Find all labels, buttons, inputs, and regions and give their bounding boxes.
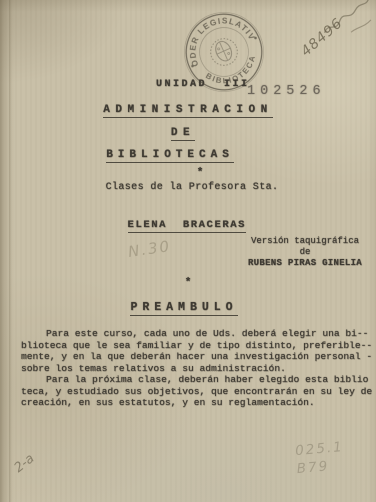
scanned-document-page: PODER LEGISLATIVO BIBLIOTECA 48496 UNIDA…: [0, 0, 376, 502]
professor-name: ELENA BRACERAS: [0, 207, 359, 231]
paragraph-line: teca, y estudiado sus objetivos, que enc…: [21, 386, 369, 398]
transcript-of: de: [238, 247, 372, 258]
accession-number-stamp: 102526: [247, 84, 326, 99]
stenographer-name: RUBENS PIRAS GINELIA: [238, 258, 372, 269]
pencil-page-mark: 2-a: [12, 451, 38, 476]
title-line-1: ADMINISTRACION: [0, 104, 376, 116]
pencil-call-number: 025.1 B79: [295, 439, 347, 478]
subtitle: Clases de la Profesora Sta.: [4, 182, 376, 193]
asterisk-separator: *: [12, 167, 376, 179]
stamp-emblem-icon: [206, 34, 241, 69]
call-number-cutter: B79: [296, 456, 346, 478]
paragraph-line: Para la próxima clase, deberán haber ele…: [21, 374, 369, 386]
paragraph-line: sobre los temas relativos a su administr…: [21, 363, 369, 375]
transcript-label: Versión taquigráfica: [238, 236, 372, 247]
title-line-2: DE: [0, 127, 371, 139]
paragraph-line: Para este curso, cada uno de Uds. deberá…: [21, 328, 369, 340]
paragraph-line: creación, en sus estatutos, y en su regl…: [21, 397, 369, 409]
paragraph-line: mente, y en la que deberán hacer una inv…: [21, 351, 369, 363]
transcript-credit: Versión taquigráfica de RUBENS PIRAS GIN…: [238, 236, 372, 268]
title-line-3: BIBLIOTECAS: [0, 149, 358, 161]
body-text: Para este curso, cada uno de Uds. deberá…: [21, 328, 369, 409]
paper-crease: [9, 0, 11, 502]
section-title: PREAMBULO: [0, 301, 372, 314]
asterisk-separator: *: [0, 277, 376, 289]
paragraph-line: blioteca que le sea familiar y de tipo d…: [21, 340, 369, 352]
pencil-note: N.30: [127, 237, 172, 261]
unit-label: UNIDAD III: [156, 79, 250, 90]
